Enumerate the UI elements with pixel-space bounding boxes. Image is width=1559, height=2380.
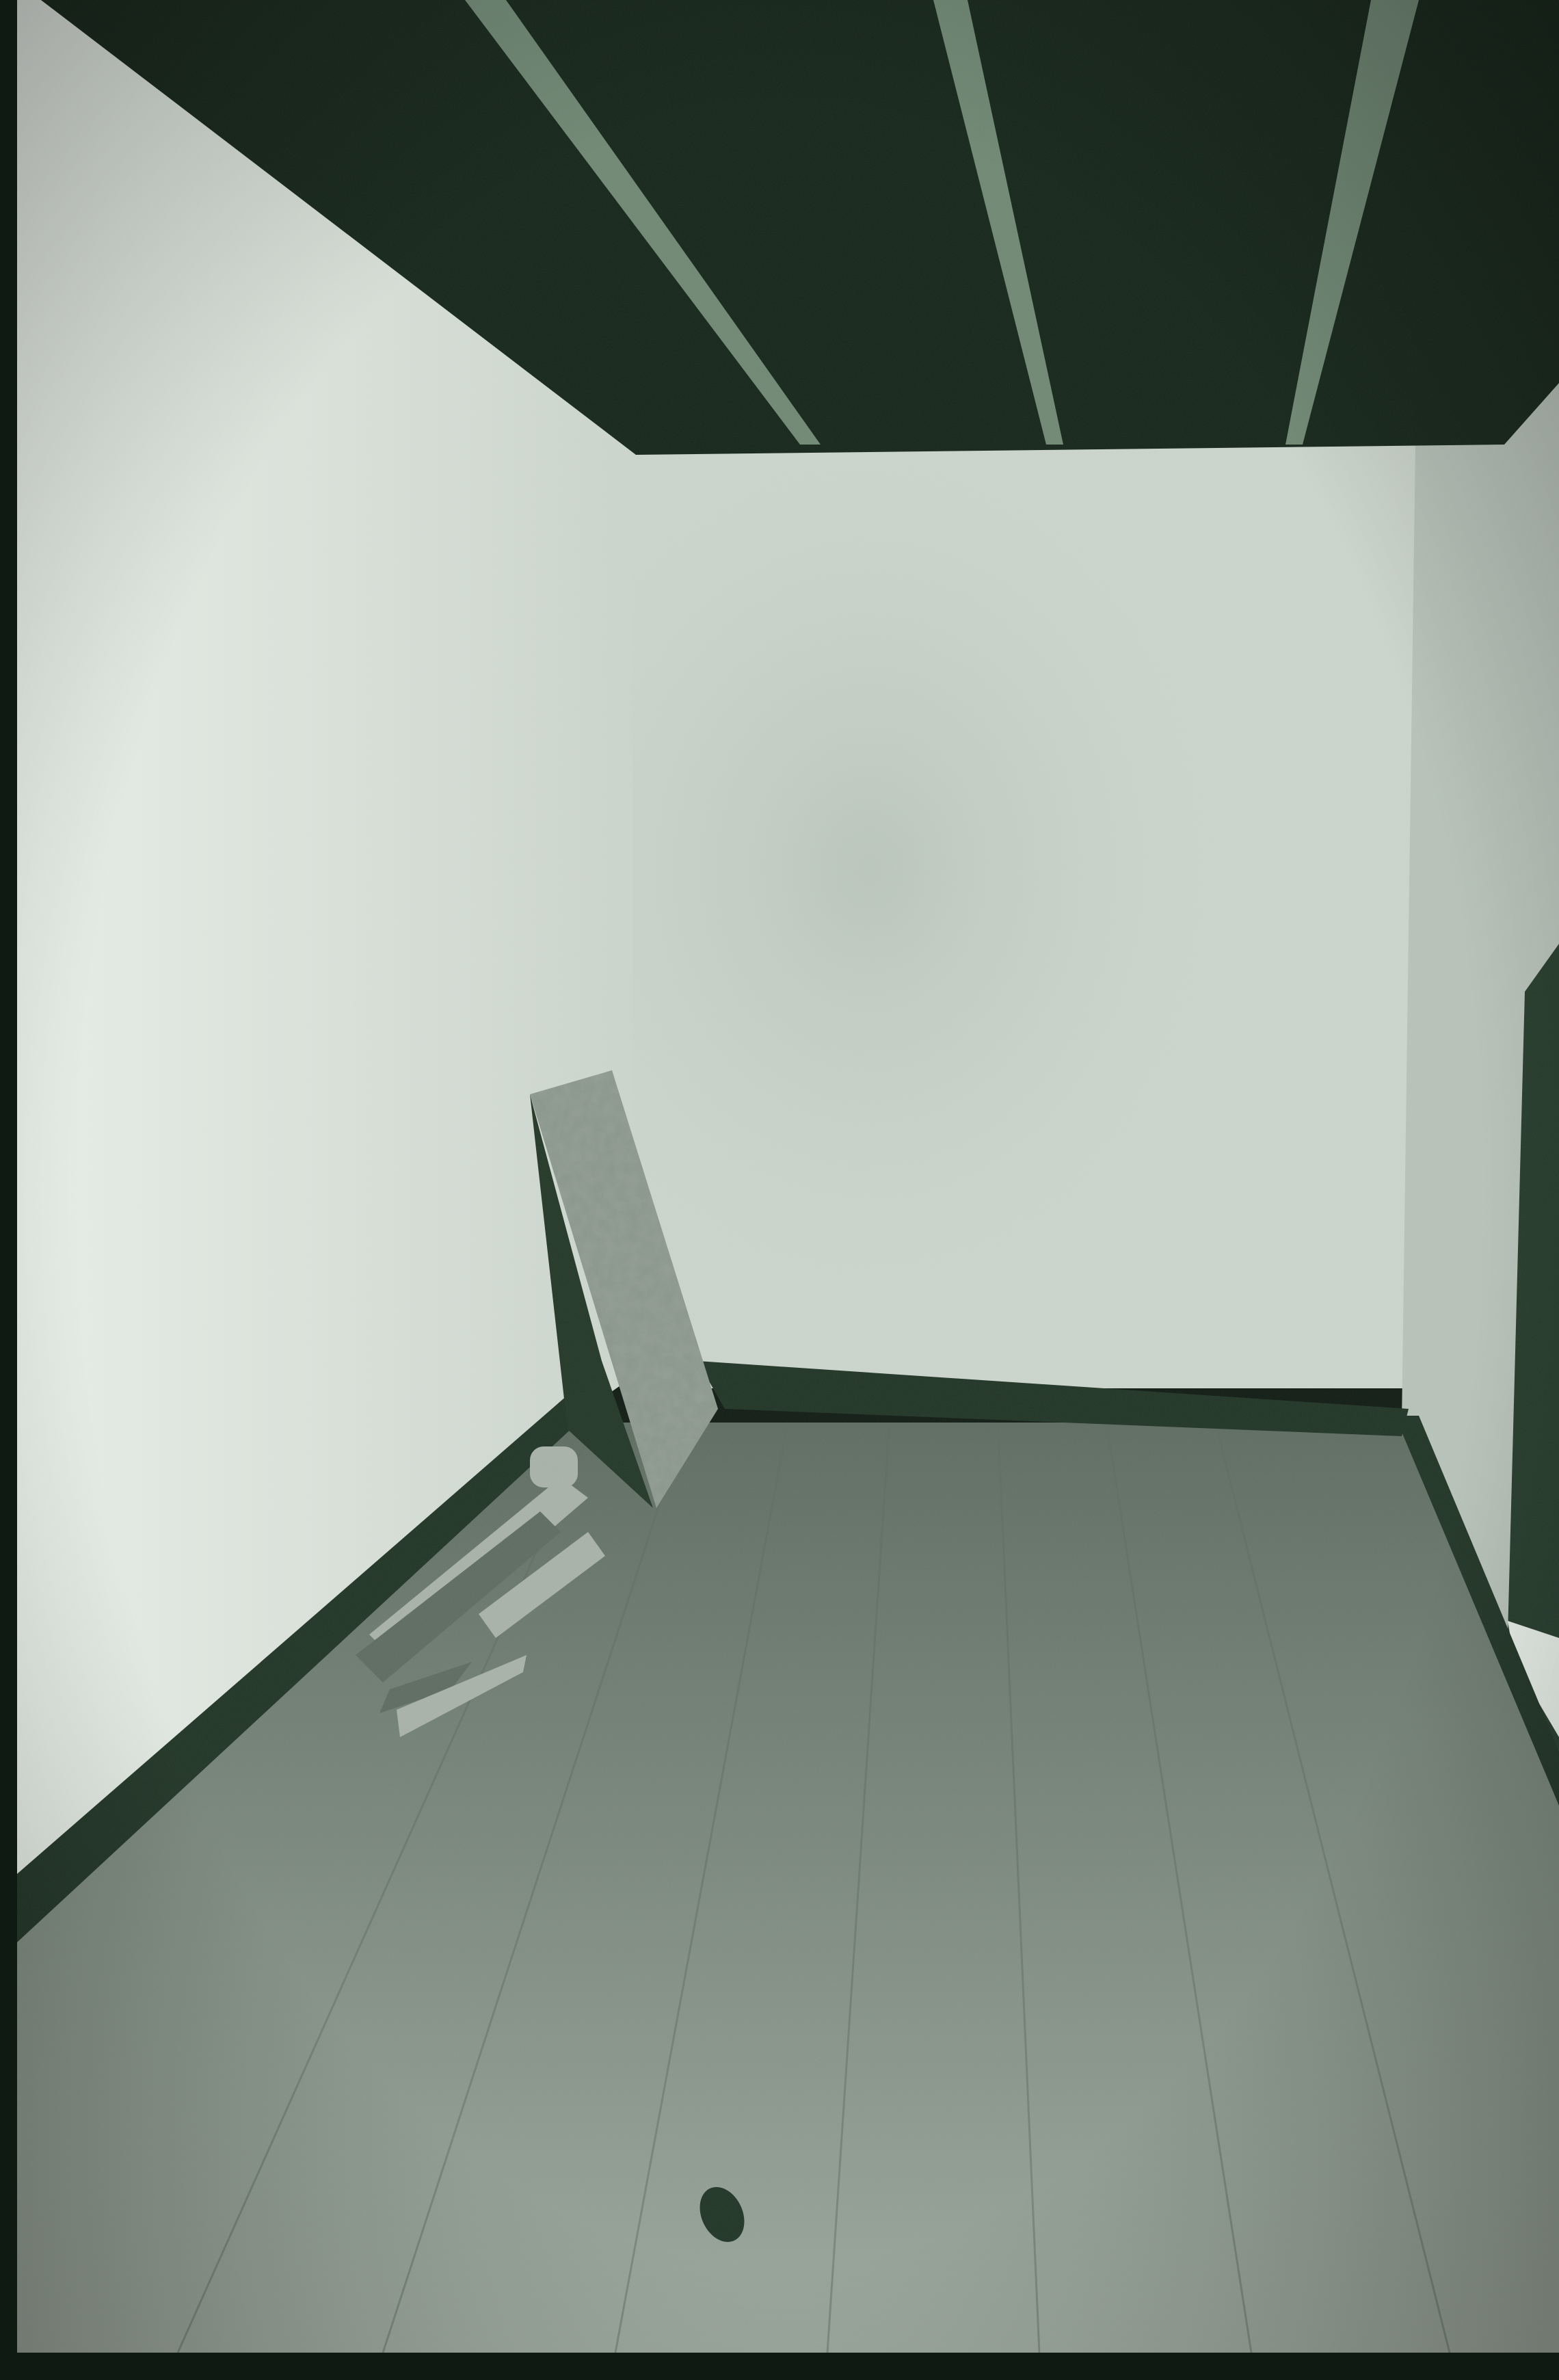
vignette [0, 0, 1559, 2380]
room-photograph [0, 0, 1559, 2380]
film-edge-left [0, 0, 17, 2380]
film-edge-bottom [0, 2353, 1559, 2380]
